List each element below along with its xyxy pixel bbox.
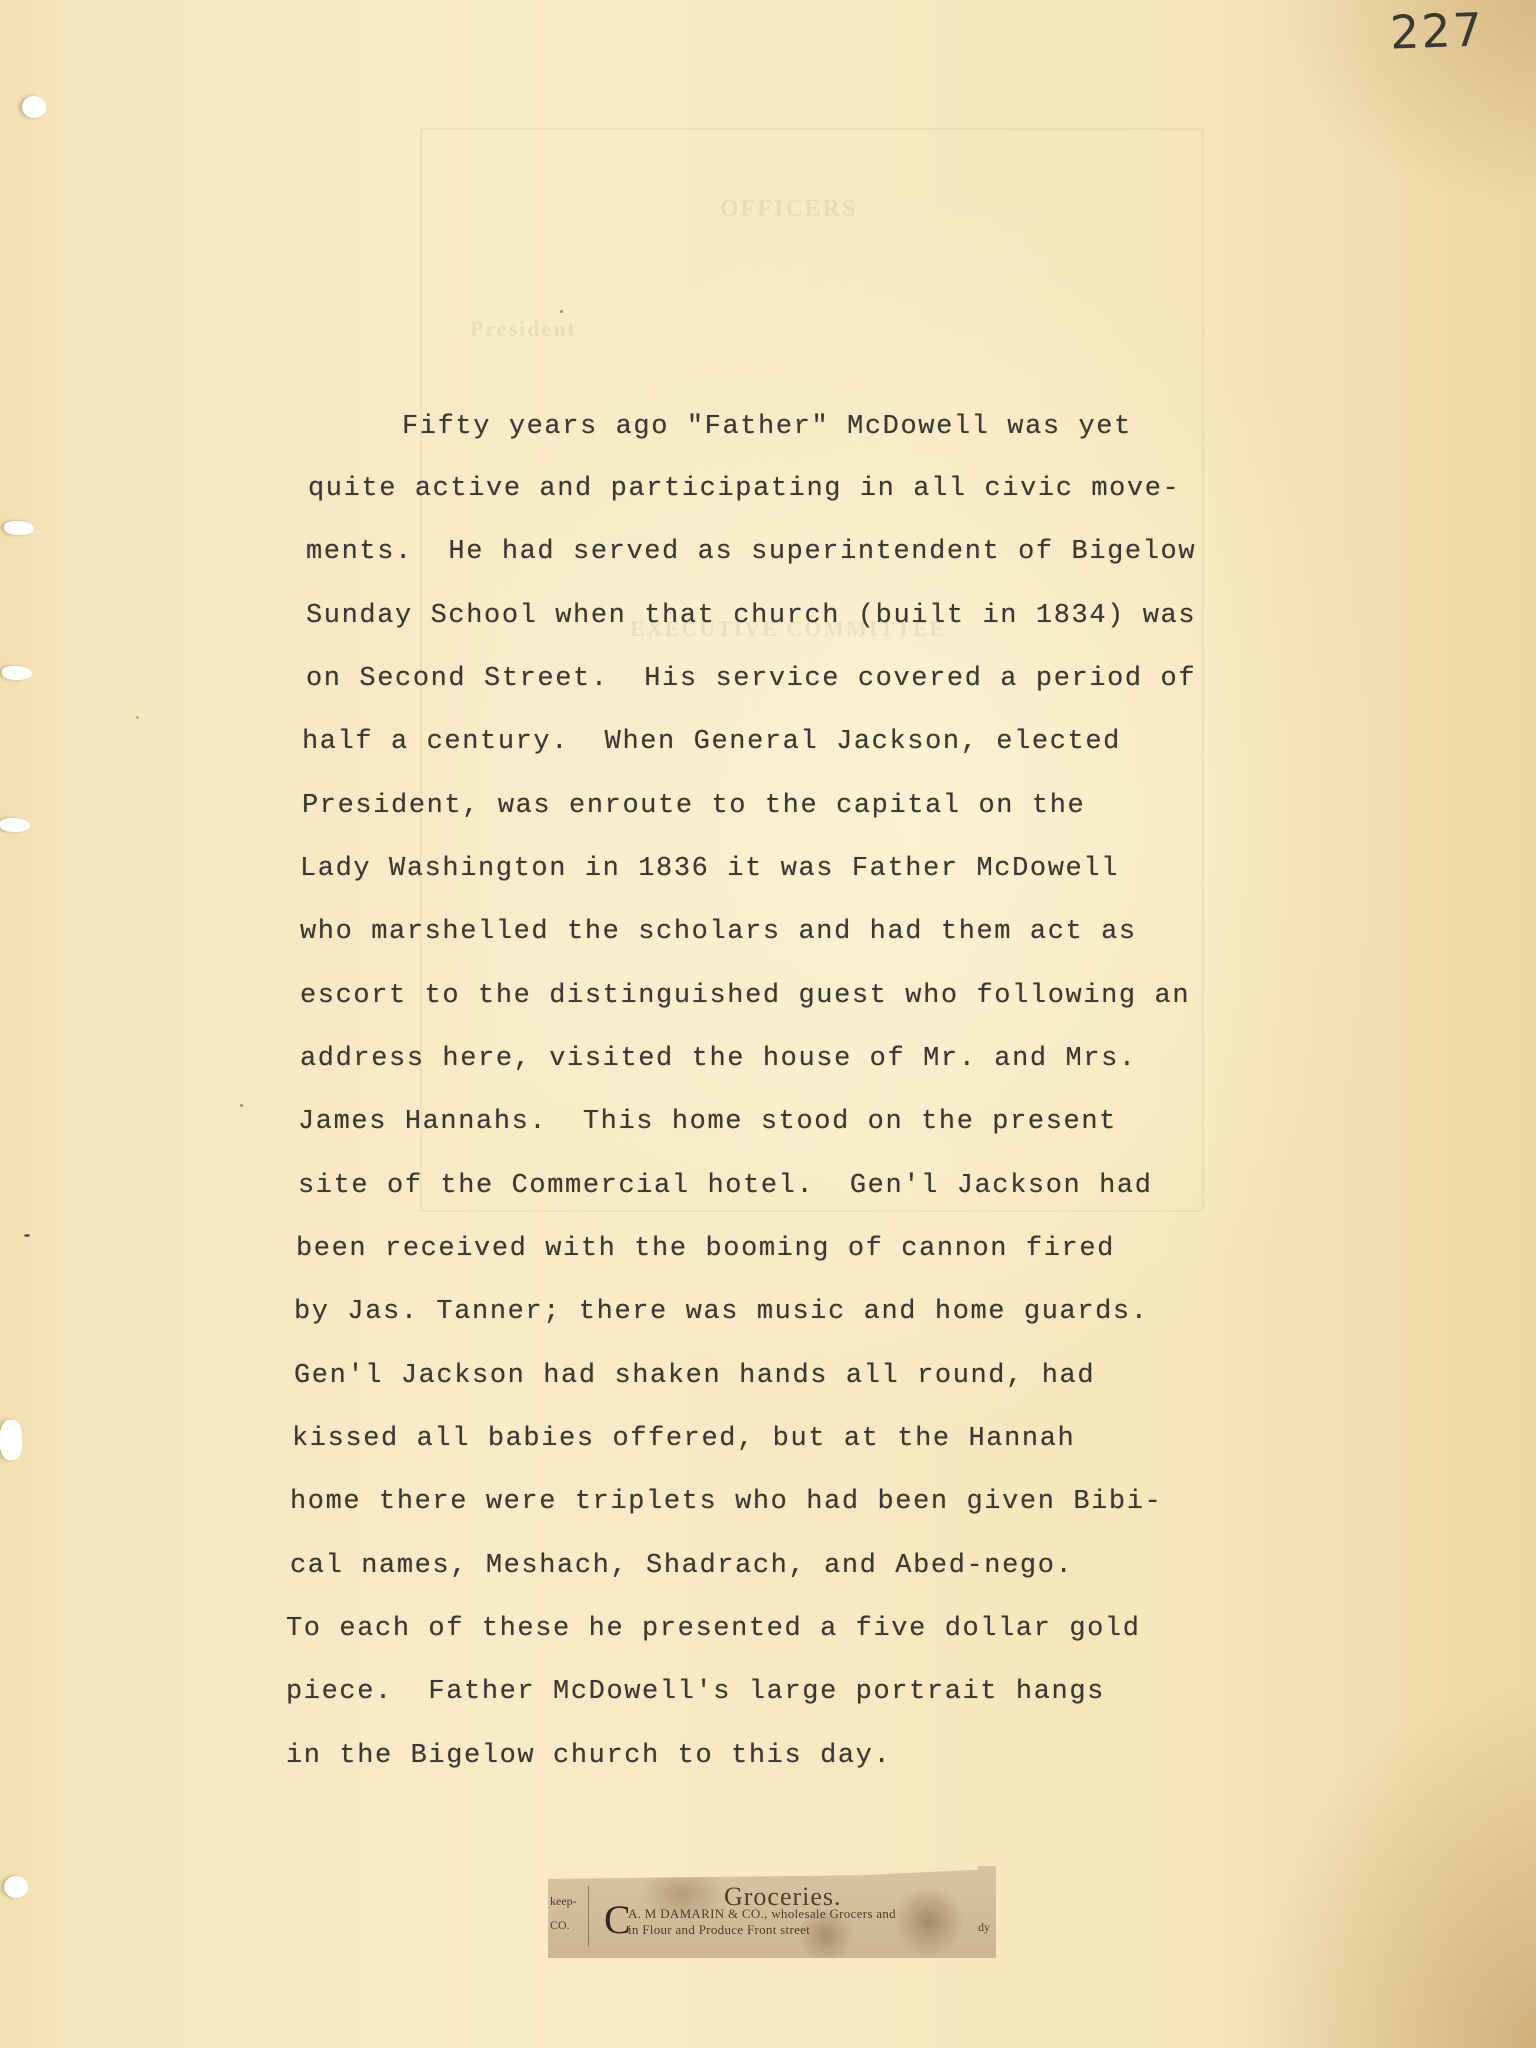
paper-speck bbox=[560, 310, 563, 313]
clipping-text-line: in Flour and Produce Front street bbox=[628, 1922, 810, 1938]
bleed-through-title: OFFICERS bbox=[720, 196, 857, 223]
punch-hole bbox=[2, 666, 32, 680]
text-line: quite active and participating in all ci… bbox=[308, 474, 1180, 504]
paper-speck bbox=[240, 1104, 243, 1107]
punch-hole bbox=[0, 818, 30, 832]
text-line: cal names, Meshach, Shadrach, and Abed-n… bbox=[290, 1551, 1073, 1581]
paper-speck bbox=[136, 716, 139, 719]
punch-hole bbox=[4, 1876, 28, 1898]
text-line: escort to the distinguished guest who fo… bbox=[300, 981, 1190, 1011]
clipping-fragment: keep- bbox=[550, 1894, 577, 1909]
clipping-fragment: dy bbox=[978, 1920, 990, 1935]
text-line: kissed all babies offered, but at the Ha… bbox=[292, 1424, 1075, 1454]
punch-hole bbox=[22, 96, 46, 118]
clipping-text-line: A. M DAMARIN & CO., wholesale Grocers an… bbox=[628, 1906, 896, 1922]
punch-hole bbox=[0, 1420, 22, 1460]
text-line: ments. He had served as superintendent o… bbox=[306, 537, 1196, 567]
text-line: Gen'l Jackson had shaken hands all round… bbox=[294, 1361, 1095, 1391]
clipping-dropcap: C bbox=[604, 1900, 631, 1940]
paper-speck bbox=[24, 1234, 30, 1237]
text-line: on Second Street. His service covered a … bbox=[306, 664, 1196, 694]
text-line: address here, visited the house of Mr. a… bbox=[300, 1044, 1137, 1074]
newspaper-clipping: keep- CO. Groceries. C A. M DAMARIN & CO… bbox=[548, 1866, 996, 1958]
bleed-through-line: President bbox=[470, 316, 577, 342]
text-line: half a century. When General Jackson, el… bbox=[302, 727, 1121, 757]
text-line: who marshelled the scholars and had them… bbox=[300, 917, 1137, 947]
text-line: Lady Washington in 1836 it was Father Mc… bbox=[300, 854, 1119, 884]
text-line: piece. Father McDowell's large portrait … bbox=[286, 1677, 1105, 1707]
text-line: Fifty years ago "Father" McDowell was ye… bbox=[402, 412, 1132, 442]
page-number: 227 bbox=[1389, 2, 1485, 59]
text-line: by Jas. Tanner; there was music and home… bbox=[294, 1297, 1149, 1327]
text-line: home there were triplets who had been gi… bbox=[290, 1487, 1162, 1517]
punch-hole bbox=[4, 521, 34, 535]
text-line: To each of these he presented a five dol… bbox=[286, 1614, 1141, 1644]
text-line: in the Bigelow church to this day. bbox=[286, 1741, 891, 1771]
clipping-fragment: CO. bbox=[550, 1918, 570, 1933]
text-line: Sunday School when that church (built in… bbox=[306, 601, 1196, 631]
text-line: James Hannahs. This home stood on the pr… bbox=[298, 1107, 1117, 1137]
clipping-column-rule bbox=[588, 1886, 589, 1946]
text-line: President, was enroute to the capital on… bbox=[302, 791, 1085, 821]
text-line: been received with the booming of cannon… bbox=[296, 1234, 1115, 1264]
document-page: OFFICERS President EXECUTIVE COMMITTEE 2… bbox=[0, 0, 1536, 2048]
text-line: site of the Commercial hotel. Gen'l Jack… bbox=[298, 1171, 1153, 1201]
